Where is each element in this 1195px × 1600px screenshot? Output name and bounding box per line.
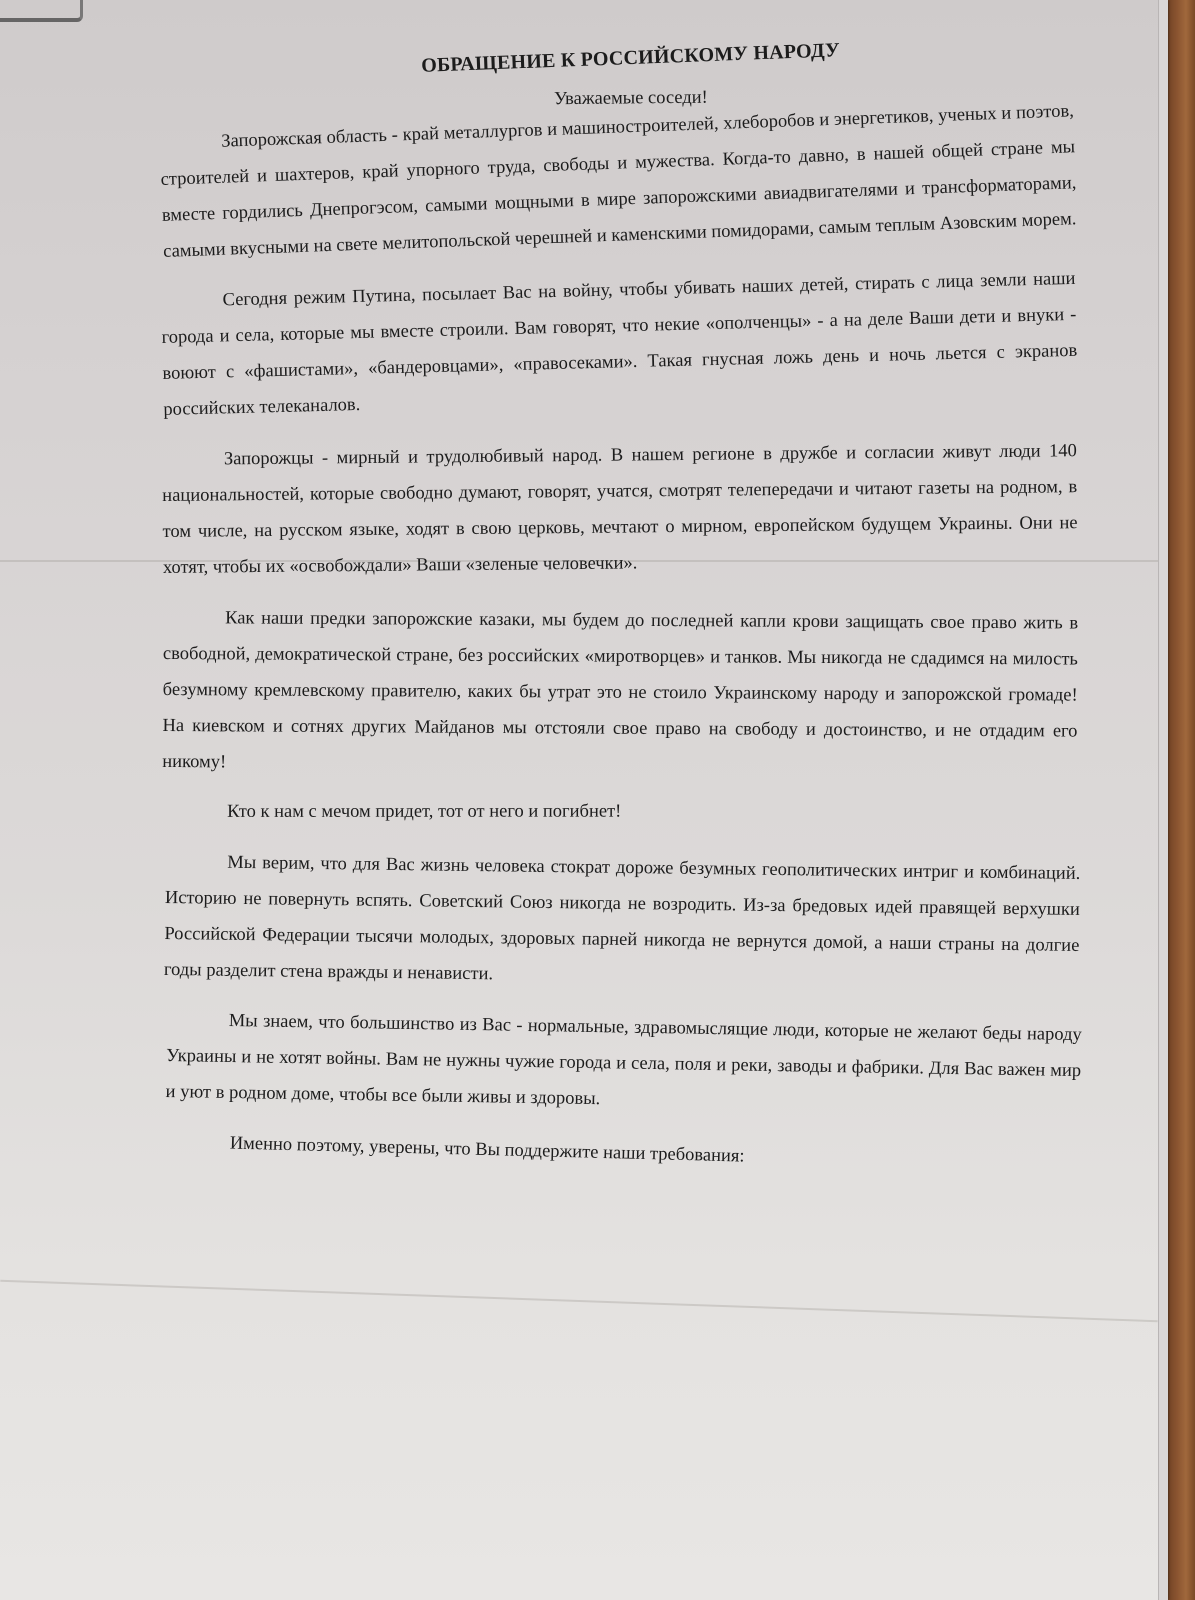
paper-crease [0, 1280, 1157, 1322]
paragraph-putin-regime: Сегодня режим Путина, посылает Вас на во… [160, 261, 1078, 428]
wooden-surface-background [1165, 0, 1195, 1600]
paper-sheet: ОБРАЩЕНИЕ К РОССИЙСКОМУ НАРОДУ Уважаемые… [0, 0, 1159, 1600]
paragraph-demands-intro: Именно поэтому, уверены, что Вы поддержи… [167, 1124, 1083, 1183]
paper-clip-icon [0, 0, 83, 22]
paragraph-cossacks: Как наши предки запорожские казаки, мы б… [162, 600, 1078, 786]
paragraph-zaporozhians: Запорожцы - мирный и трудолюбивый народ.… [162, 433, 1078, 586]
document-title: ОБРАЩЕНИЕ К РОССИЙСКОМУ НАРОДУ [158, 30, 1073, 87]
paragraph-region-intro: Запорожская область - край металлургов и… [159, 93, 1079, 270]
paragraph-we-believe: Мы верим, что для Вас жизнь человека сто… [164, 844, 1081, 1000]
document-body: ОБРАЩЕНИЕ К РОССИЙСКОМУ НАРОДУ Уважаемые… [158, 43, 1084, 1174]
paragraph-sword-quote: Кто к нам с мечом придет, тот от него и … [165, 793, 1080, 830]
paragraph-we-know: Мы знаем, что большинство из Вас - норма… [165, 1002, 1082, 1125]
